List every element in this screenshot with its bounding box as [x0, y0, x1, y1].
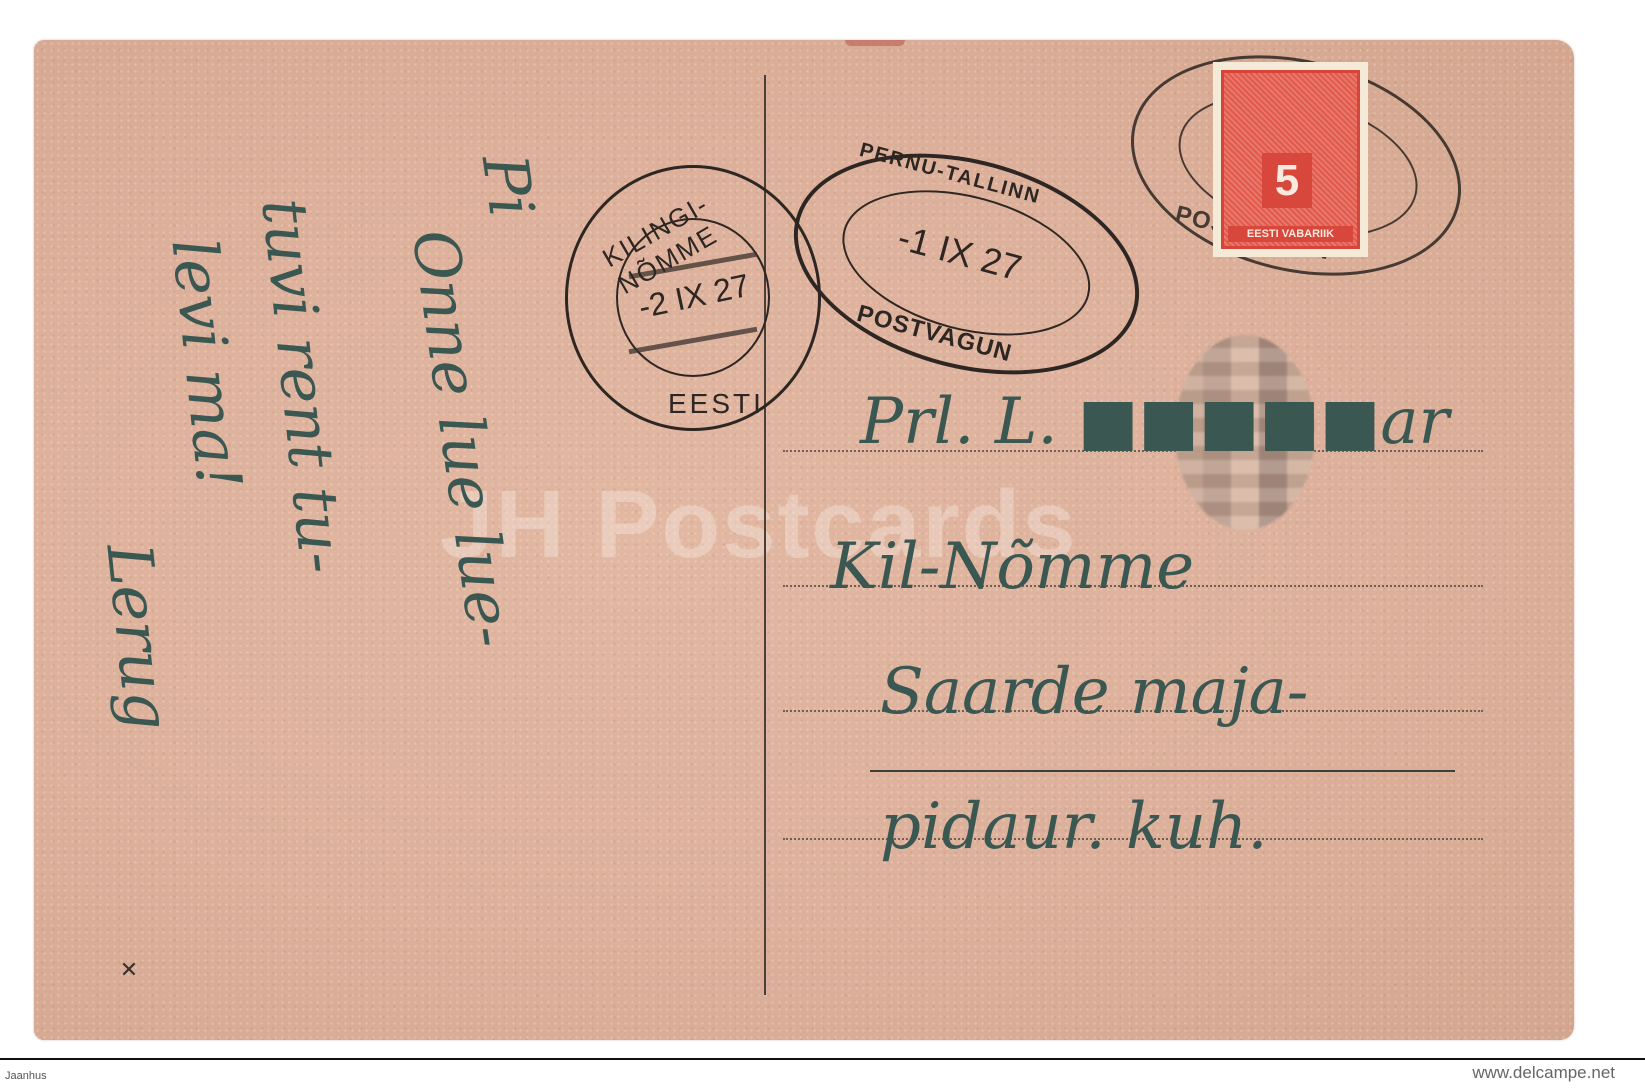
handwritten-message-line: Pi	[468, 150, 549, 221]
handwritten-address-line: pidaur. kuh.	[880, 790, 1268, 864]
stamp-label: EESTI VABARIIK	[1228, 226, 1353, 242]
handwritten-address-line: Prl. L. ■■■■■ar	[860, 385, 1449, 459]
postage-stamp: 5 EESTI VABARIIK	[1213, 62, 1368, 257]
postmark-country: EESTI	[668, 388, 764, 420]
handwritten-underline	[870, 770, 1455, 772]
site-credit: www.delcampe.net	[1472, 1063, 1615, 1083]
stamp-value: 5	[1262, 153, 1312, 208]
publisher-logo-icon: ✕	[112, 955, 146, 987]
image-frame-border	[0, 1058, 1645, 1060]
seller-credit: Jaanhus	[5, 1070, 47, 1082]
stamp-design: 5 EESTI VABARIIK	[1221, 70, 1360, 249]
handwritten-address-line: Kil-Nõmme	[830, 530, 1194, 604]
torn-corner	[845, 40, 905, 46]
postmark-round: KILINGI-NÕMME -2 IX 27 EESTI	[565, 165, 821, 431]
handwritten-address-line: Saarde maja-	[880, 655, 1308, 729]
